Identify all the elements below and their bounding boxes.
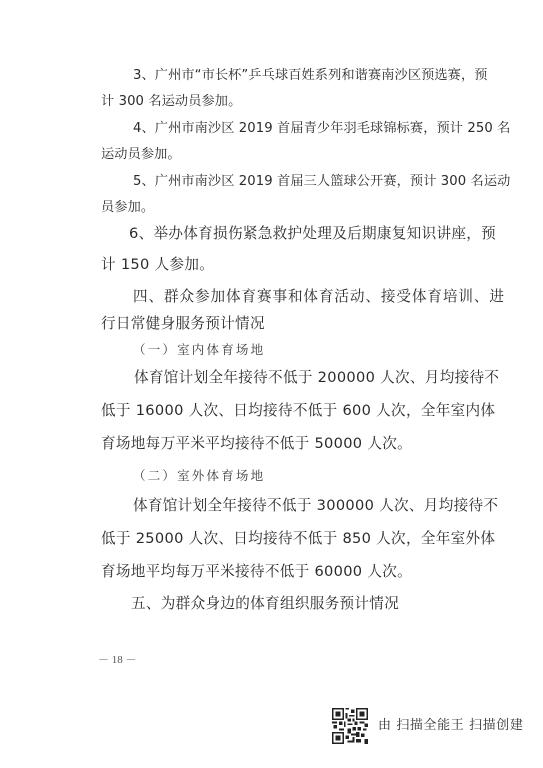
section-4-heading-line-1: 四、群众参加体育赛事和体育活动、接受体育培训、进: [133, 290, 505, 305]
outdoor-line-1: 体育馆计划全年接待不低于 300000 人次、月均接待不: [133, 499, 498, 514]
item-4-line-1: 4、广州市南沙区 2019 首届青少年羽毛球锦标赛，预计 250 名: [133, 122, 510, 135]
item-5-line-1: 5、广州市南沙区 2019 首届三人篮球公开赛，预计 300 名运动: [133, 175, 510, 188]
qr-code-icon: [332, 708, 368, 744]
outdoor-line-2: 低于 25000 人次、日均接待不低于 850 人次，全年室外体: [101, 532, 495, 547]
page-number: － 18 －: [98, 655, 137, 666]
outdoor-venues-subheading: （二）室外体育场地: [133, 470, 265, 483]
item-6-line-2: 计 150 人参加。: [101, 258, 214, 273]
section-5-heading: 五、为群众身边的体育组织服务预计情况: [131, 597, 399, 612]
item-5-line-2: 员参加。: [101, 201, 154, 214]
indoor-line-2: 低于 16000 人次、日均接待不低于 600 人次，全年室内体: [101, 404, 495, 419]
indoor-line-3: 育场地每万平米平均接待不低于 50000 人次。: [101, 437, 412, 452]
outdoor-line-3: 育场地平均每万平米接待不低于 60000 人次。: [101, 565, 412, 580]
indoor-line-1: 体育馆计划全年接待不低于 200000 人次、月均接待不: [134, 371, 499, 386]
indoor-venues-subheading: （一）室内体育场地: [133, 344, 265, 357]
item-3-line-1: 3、广州市“市长杯”乒乓球百姓系列和谐赛南沙区预选赛，预: [133, 69, 488, 82]
section-4-heading-line-2: 行日常健身服务预计情况: [101, 317, 265, 332]
item-6-line-1: 6、举办体育损伤紧急救护处理及后期康复知识讲座，预: [129, 227, 496, 242]
scanner-watermark-text: 由 扫描全能王 扫描创建: [378, 719, 523, 732]
item-4-line-2: 运动员参加。: [101, 148, 181, 161]
item-3-line-2: 计 300 名运动员参加。: [101, 95, 241, 108]
